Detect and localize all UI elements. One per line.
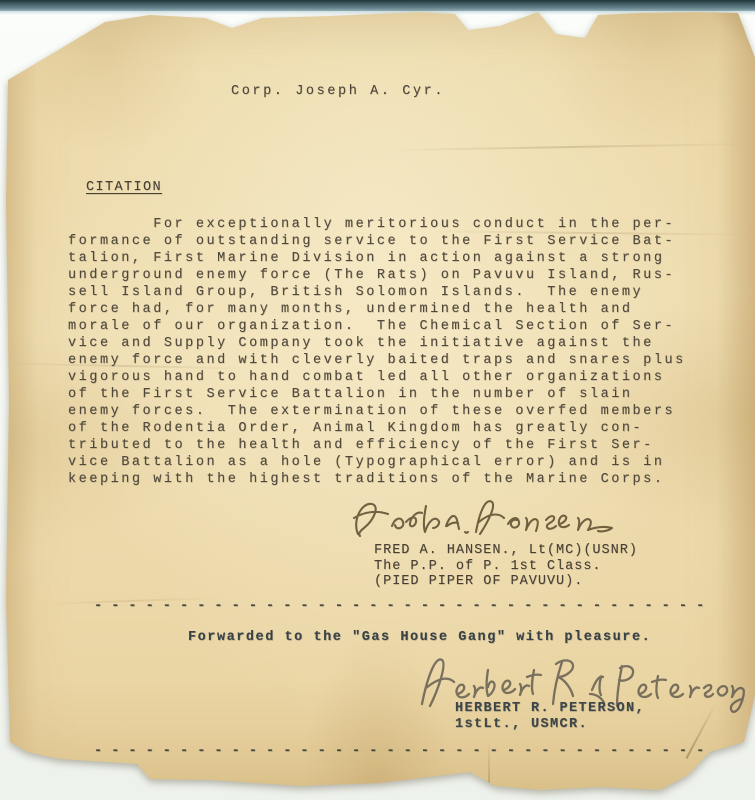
body-line: underground enemy force (The Rats) on Pa… [68, 267, 686, 284]
addressee-line: Corp. Joseph A. Cyr. [231, 84, 445, 99]
signatory-rank-line: 1stLt., USMCR. [455, 717, 645, 733]
scanned-document: Corp. Joseph A. Cyr. CITATION For except… [0, 0, 755, 800]
body-line: force had, for many months, undermined t… [68, 301, 686, 318]
signatory-title-line: The P.P. of P. 1st Class. [374, 559, 638, 575]
body-line: For exceptionally meritorious conduct in… [68, 216, 686, 233]
body-line: sell Island Group, British Solomon Islan… [68, 284, 686, 301]
body-line: of the Rodentia Order, Animal Kingdom ha… [68, 420, 686, 437]
dashed-separator: - - - - - - - - - - - - - - - - - - - - … [94, 599, 705, 614]
corner-fold [712, 12, 755, 62]
body-line: tributed to the health and efficiency of… [68, 437, 686, 454]
body-line: of the First Service Battalion in the nu… [68, 386, 686, 403]
body-line: enemy forces. The extermination of these… [68, 403, 686, 420]
dashed-separator: - - - - - - - - - - - - - - - - - - - - … [94, 744, 705, 759]
paper-crease [390, 143, 755, 151]
signature-block-peterson: HERBERT R. PETERSON, 1stLt., USMCR. [455, 701, 645, 733]
citation-heading: CITATION [86, 180, 162, 195]
paper-sheet: Corp. Joseph A. Cyr. CITATION For except… [0, 0, 755, 800]
body-line: formance of outstanding service to the F… [68, 233, 686, 250]
body-line: morale of our organization. The Chemical… [68, 318, 686, 335]
body-line: keeping with the highest traditions of t… [68, 471, 686, 488]
body-line: vice and Supply Company took the initiat… [68, 335, 686, 352]
body-line: vigorous hand to hand combat led all oth… [68, 369, 686, 386]
signature-block-hansen: FRED A. HANSEN., Lt(MC)(USNR) The P.P. o… [374, 543, 638, 590]
forwarding-note: Forwarded to the "Gas House Gang" with p… [188, 630, 651, 645]
signatory-name-line: HERBERT R. PETERSON, [455, 701, 645, 717]
handwritten-signature-fred-hansen [346, 494, 614, 548]
body-line: vice Battalion as a hole (Typographical … [68, 454, 686, 471]
body-line: talion, First Marine Division in action … [68, 250, 686, 267]
signatory-name-line: FRED A. HANSEN., Lt(MC)(USNR) [374, 543, 638, 559]
aged-paper: Corp. Joseph A. Cyr. CITATION For except… [0, 0, 755, 800]
signatory-nickname-line: (PIED PIPER OF PAVUVU). [374, 574, 638, 590]
body-line: enemy force and with cleverly baited tra… [68, 352, 686, 369]
citation-body: For exceptionally meritorious conduct in… [68, 216, 686, 488]
